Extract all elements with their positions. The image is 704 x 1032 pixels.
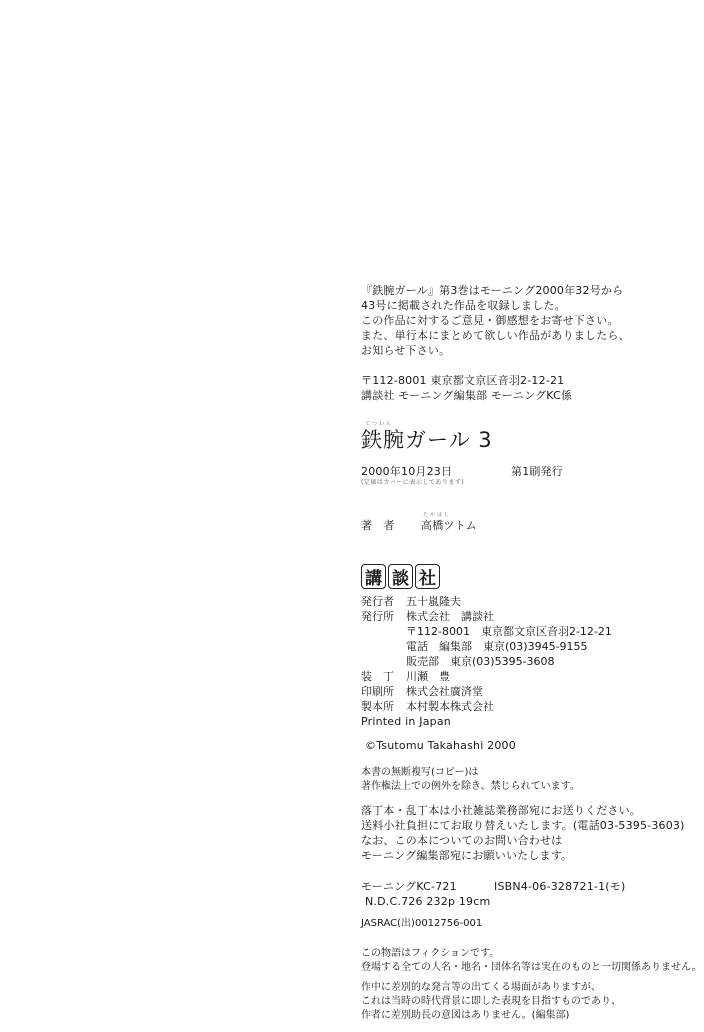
copyright: ©Tsutomu Takahashi 2000 [365, 738, 516, 753]
disclaimer-line: 作中に差別的な発言等の出てくる場面がありますが、 [361, 981, 621, 995]
returns-line: 送料小社負担にてお取り替えいたします。(電話03-5395-3603) [361, 818, 685, 833]
row-label: 印刷所 [361, 684, 406, 699]
series-number: モーニングKC-721 [361, 879, 494, 894]
isbn: ISBN4-06-328721-1(モ) [494, 879, 625, 894]
author-label: 著 者 [361, 518, 421, 533]
logo-char: 講 [361, 564, 386, 589]
row-label: 製本所 [361, 699, 406, 714]
fiction-notice: この物語はフィクションです。 登場する全ての人名・地名・団体名等は実在のものと一… [361, 947, 702, 975]
row-label [361, 654, 406, 669]
printed-in: Printed in Japan [361, 714, 612, 729]
fiction-line: 登場する全ての人名・地名・団体名等は実在のものと一切関係ありません。 [361, 961, 702, 975]
author-section: たかはし 著 者 高橋ツトム [361, 512, 477, 533]
row-label: 発行所 [361, 609, 406, 624]
row-value: 本村製本株式会社 [406, 699, 494, 714]
edition-section: 2000年10月23日 第1刷発行 (定価はカバーに表示してあります) [361, 464, 661, 487]
intro-line: 『鉄腕ガール』第3巻はモーニング2000年32号から [361, 283, 630, 298]
copy-notice: 本書の無断複写(コピー)は 著作権法上での例外を除き、禁じられています。 [361, 766, 580, 794]
book-title: 鉄腕ガール 3 [361, 427, 493, 453]
row-value: 川瀬 豊 [406, 669, 450, 684]
publisher-logo: 講 談 社 [361, 564, 440, 589]
row-value: 株式会社廣済堂 [406, 684, 483, 699]
disclaimer-line: これは当時の時代背景に即した表現を目指すものであり、 [361, 995, 621, 1009]
row-value: 株式会社 講談社 [406, 609, 494, 624]
row-value: 〒112-8001 東京都文京区音羽2-12-21 [406, 624, 612, 639]
price-note: (定価はカバーに表示してあります) [361, 479, 661, 487]
publisher-section: 発行者五十嵐隆夫 発行所株式会社 講談社 〒112-8001 東京都文京区音羽2… [361, 594, 612, 729]
copy-notice-line: 著作権法上での例外を除き、禁じられています。 [361, 780, 580, 794]
author-name: 高橋ツトム [421, 518, 477, 533]
row-label [361, 624, 406, 639]
mail-address: 〒112-8001 東京都文京区音羽2-12-21 [361, 373, 630, 388]
publish-date: 2000年10月23日 [361, 464, 511, 479]
row-label [361, 639, 406, 654]
returns-line: モーニング編集部宛にお願いいたします。 [361, 848, 685, 863]
row-value: 販売部 東京(03)5395-3608 [406, 654, 555, 669]
returns-line: なお、この本についてのお問い合わせは [361, 833, 685, 848]
copyright-text: ©Tsutomu Takahashi 2000 [365, 738, 516, 753]
copy-notice-line: 本書の無断複写(コピー)は [361, 766, 580, 780]
logo-char: 談 [388, 564, 413, 589]
logo-char: 社 [415, 564, 440, 589]
jasrac: JASRAC(出)0012756-001 [361, 917, 482, 931]
row-value: 五十嵐隆夫 [406, 594, 461, 609]
fiction-line: この物語はフィクションです。 [361, 947, 702, 961]
intro-section: 『鉄腕ガール』第3巻はモーニング2000年32号から 43号に掲載された作品を収… [361, 283, 630, 403]
edition: 第1刷発行 [511, 464, 563, 479]
intro-line: この作品に対するご意見・御感想をお寄せ下さい。 [361, 313, 630, 328]
disclaimer-line: 作者に差別助長の意図はありません。(編集部) [361, 1009, 621, 1023]
title-section: てつわん 鉄腕ガール 3 [361, 421, 493, 453]
jasrac-number: JASRAC(出)0012756-001 [361, 917, 482, 931]
intro-line: また、単行本にまとめて欲しい作品がありましたら、 [361, 328, 630, 343]
row-value: 電話 編集部 東京(03)3945-9155 [406, 639, 588, 654]
intro-line: お知らせ下さい。 [361, 343, 630, 358]
disclaimer: 作中に差別的な発言等の出てくる場面がありますが、 これは当時の時代背景に即した表… [361, 981, 621, 1023]
mail-department: 講談社 モーニング編集部 モーニングKC係 [361, 388, 630, 403]
ndc: N.D.C.726 232p 19cm [365, 894, 625, 909]
row-label: 装 丁 [361, 669, 406, 684]
catalog-section: モーニングKC-721 ISBN4-06-328721-1(モ) N.D.C.7… [361, 879, 625, 909]
returns-line: 落丁本・乱丁本は小社雑誌業務部宛にお送りください。 [361, 803, 685, 818]
row-label: 発行者 [361, 594, 406, 609]
returns-section: 落丁本・乱丁本は小社雑誌業務部宛にお送りください。 送料小社負担にてお取り替えい… [361, 803, 685, 863]
intro-line: 43号に掲載された作品を収録しました。 [361, 298, 630, 313]
